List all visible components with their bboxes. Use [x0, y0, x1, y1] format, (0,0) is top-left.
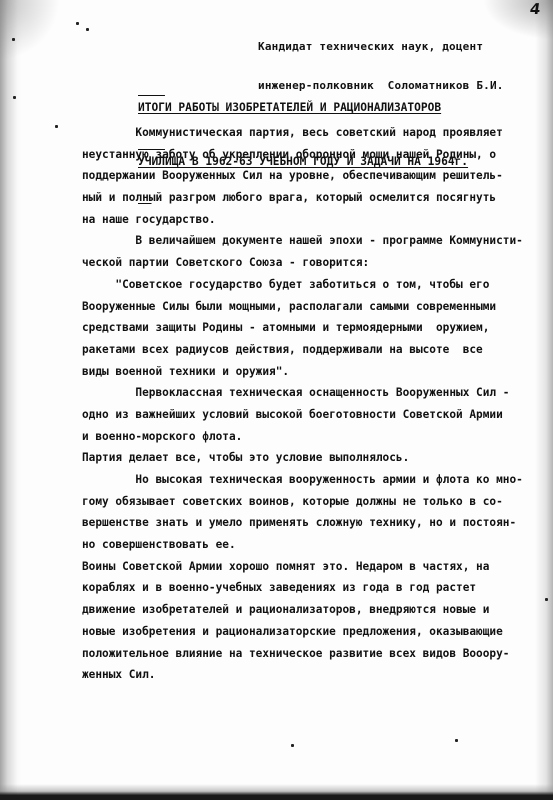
scan-speck: [13, 96, 16, 99]
body-line: Воины Советской Армии хорошо помнят это.…: [82, 556, 552, 578]
body-line: средствами защиты Родины - атомными и те…: [82, 317, 552, 339]
body-line: одно из важнейших условий высокой боегот…: [82, 404, 552, 426]
body-line: В величайшем документе нашей эпохи - про…: [82, 230, 552, 252]
body-line: Но высокая техническая вооруженность арм…: [82, 469, 552, 491]
body-line: ческой партии Советского Союза - говорит…: [82, 252, 552, 274]
scan-speck: [291, 744, 294, 747]
body-line: ный и полный разгром любого врага, котор…: [82, 187, 552, 209]
scan-edge-shadow-left: [0, 0, 22, 800]
scan-speck: [86, 28, 89, 31]
body-line: "Советское государство будет заботиться …: [82, 274, 552, 296]
body-line: Партия делает все, чтобы это условие вып…: [82, 447, 552, 469]
body-line: положительное влияние на техническое раз…: [82, 643, 552, 665]
body-line: Первоклассная техническая оснащенность В…: [82, 382, 552, 404]
body-line: кораблях и в военно-учебных заведениях и…: [82, 577, 552, 599]
scan-speck: [55, 125, 58, 128]
title-line-1: ИТОГИ РАБОТЫ ИЗОБРЕТАТЕЛЕЙ И РАЦИОНАЛИЗА…: [138, 99, 468, 117]
body-line: Коммунистическая партия, весь советский …: [82, 122, 552, 144]
scan-edge-shadow-bottom: [0, 784, 553, 800]
scanned-document-page: 4 Кандидат технических наук, доцент инже…: [0, 0, 553, 800]
author-line-degree: Кандидат технических наук, доцент: [258, 40, 504, 53]
body-line: виды военной техники и оружия".: [82, 361, 552, 383]
body-line: гому обязывает советских воинов, которые…: [82, 491, 552, 513]
body-line: женных Сил.: [82, 664, 552, 686]
body-line: новые изобретения и рационализаторские п…: [82, 621, 552, 643]
scan-speck: [12, 38, 15, 41]
body-line: вершенстве знать и умело применять сложн…: [82, 512, 552, 534]
scan-speck: [455, 739, 458, 742]
document-body: Коммунистическая партия, весь советский …: [82, 122, 552, 686]
body-line: и военно-морского флота.: [82, 426, 552, 448]
body-line: ракетами всех радиусов действия, поддерж…: [82, 339, 552, 361]
body-line: движение изобретателей и рационализаторо…: [82, 599, 552, 621]
body-line: на наше государство.: [82, 209, 552, 231]
scan-speck: [76, 22, 79, 25]
body-line: Вооруженные Силы были мощными, располага…: [82, 296, 552, 318]
scan-corner-shadow-top-left: [0, 0, 60, 60]
body-line: неустанную заботу об укреплении оборонно…: [82, 144, 552, 166]
body-line: но совершенствовать ее.: [82, 534, 552, 556]
body-line: поддержании Вооруженных Сил на уровне, о…: [82, 165, 552, 187]
